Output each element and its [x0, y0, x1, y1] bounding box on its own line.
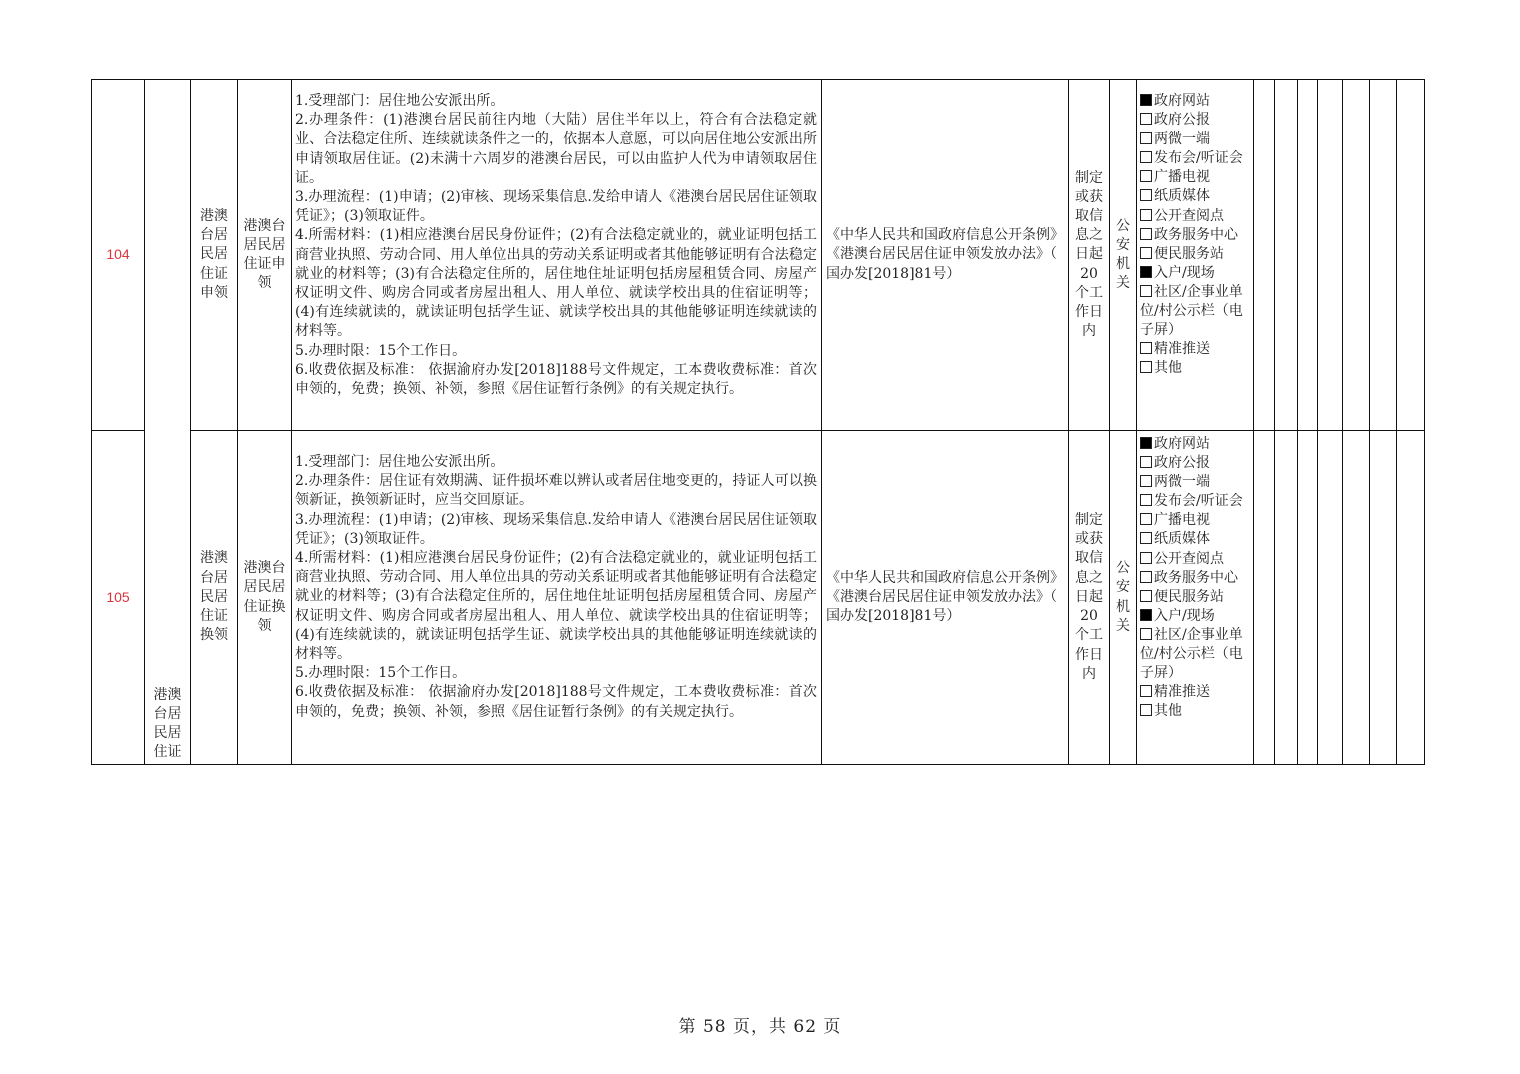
basis-text: 国办发[2018]81号） [826, 607, 1064, 626]
channel-option[interactable]: 政府公报 [1140, 111, 1251, 130]
content-cell: 1.受理部门：居住地公安派出所。 2.办理条件：居住证有效期满、证件损坏难以辨认… [292, 431, 822, 765]
unchecked-box-icon[interactable] [1140, 475, 1152, 487]
content-line: 4.所需材料：(1)相应港澳台居民身份证件；(2)有合法稳定就业的，就业证明包括… [295, 226, 817, 341]
group-label: 港澳台居民居住证 [152, 686, 184, 764]
subject-cell: 公安机关 [1110, 431, 1137, 765]
channel-option[interactable]: 广播电视 [1140, 511, 1251, 530]
channel-option[interactable]: 公开查阅点 [1140, 550, 1251, 569]
channel-label: 政务服务中心 [1154, 227, 1238, 243]
subject-cell: 公安机关 [1110, 80, 1137, 431]
channel-option[interactable]: 便民服务站 [1140, 588, 1251, 607]
time-limit: 制定或获取信息之日起20个工作日内 [1074, 169, 1104, 342]
subject: 公安机关 [1115, 217, 1131, 294]
channel-option[interactable]: 政府网站 [1140, 92, 1251, 111]
channel-option[interactable]: 社区/企事业单位/村公示栏（电子屏） [1140, 283, 1251, 340]
subitem-cell: 港澳台居民居住证换领 [238, 431, 292, 765]
unchecked-box-icon[interactable] [1140, 628, 1152, 640]
channel-label: 便民服务站 [1154, 246, 1224, 262]
channel-label: 纸质媒体 [1154, 188, 1210, 204]
content-line: 3.办理流程：(1)申请；(2)审核、现场采集信息.发给申请人《港澳台居民居住证… [295, 511, 817, 549]
channel-label: 精准推送 [1154, 341, 1210, 357]
basis-cell: 《中华人民共和国政府信息公开条例》《港澳台居民居住证申领发放办法》（ 国办发[2… [822, 431, 1069, 765]
channel-option[interactable]: 政务服务中心 [1140, 226, 1251, 245]
unchecked-box-icon[interactable] [1140, 151, 1152, 163]
channel-option[interactable]: 公开查阅点 [1140, 207, 1251, 226]
item-cell: 港澳台居民居住证申领 [191, 80, 238, 431]
row-number: 105 [92, 431, 145, 765]
unchecked-box-icon[interactable] [1140, 552, 1152, 564]
content-line: 6.收费依据及标准： 依据渝府办发[2018]188号文件规定，工本费收费标准：… [295, 683, 817, 721]
checked-box-icon[interactable] [1140, 437, 1152, 449]
time-limit-cell: 制定或获取信息之日起20个工作日内 [1069, 80, 1110, 431]
channel-label: 社区/企事业单位/村公示栏（电子屏） [1140, 627, 1243, 681]
unchecked-box-icon[interactable] [1140, 571, 1152, 583]
channel-option[interactable]: 政府公报 [1140, 454, 1251, 473]
unchecked-box-icon[interactable] [1140, 228, 1152, 240]
content-line: 5.办理时限：15个工作日。 [295, 664, 817, 683]
time-limit-cell: 制定或获取信息之日起20个工作日内 [1069, 431, 1110, 765]
channel-label: 纸质媒体 [1154, 531, 1210, 547]
channel-label: 入户/现场 [1154, 608, 1215, 624]
channel-label: 两微一端 [1154, 474, 1210, 490]
content-line: 6.收费依据及标准： 依据渝府办发[2018]188号文件规定，工本费收费标准：… [295, 361, 817, 399]
channel-option[interactable]: 社区/企事业单位/村公示栏（电子屏） [1140, 626, 1251, 683]
unchecked-box-icon[interactable] [1140, 247, 1152, 259]
channels-cell: 政府网站政府公报两微一端发布会/听证会广播电视纸质媒体公开查阅点政务服务中心便民… [1137, 80, 1254, 431]
channel-option[interactable]: 两微一端 [1140, 473, 1251, 492]
basis-text: 《中华人民共和国政府信息公开条例》《港澳台居民居住证申领发放办法》（ [826, 569, 1064, 607]
basis-text: 《中华人民共和国政府信息公开条例》《港澳台居民居住证申领发放办法》（ [826, 226, 1064, 264]
time-limit: 制定或获取信息之日起20个工作日内 [1074, 511, 1104, 684]
channel-option[interactable]: 便民服务站 [1140, 245, 1251, 264]
channel-label: 公开查阅点 [1154, 208, 1224, 224]
channel-label: 政府公报 [1154, 112, 1210, 128]
group-cell: 港澳台居民居住证 [145, 80, 191, 765]
channel-label: 两微一端 [1154, 131, 1210, 147]
checked-box-icon[interactable] [1140, 609, 1152, 621]
content-line: 5.办理时限：15个工作日。 [295, 342, 817, 361]
channel-label: 广播电视 [1154, 169, 1210, 185]
subitem-label: 港澳台居民居住证申领 [242, 217, 288, 294]
channel-option[interactable]: 入户/现场 [1140, 264, 1251, 283]
channel-label: 政府网站 [1154, 436, 1210, 452]
unchecked-box-icon[interactable] [1140, 170, 1152, 182]
subject: 公安机关 [1115, 559, 1131, 636]
row-number: 104 [92, 80, 145, 431]
channel-label: 其他 [1154, 703, 1182, 719]
table-row: 104 港澳台居民居住证 港澳台居民居住证申领 港澳台居民居住证申领 1.受理部… [92, 80, 1425, 431]
channel-label: 政务服务中心 [1154, 570, 1238, 586]
unchecked-box-icon[interactable] [1140, 456, 1152, 468]
channel-option[interactable]: 精准推送 [1140, 340, 1251, 359]
channel-label: 入户/现场 [1154, 265, 1215, 281]
channel-label: 广播电视 [1154, 512, 1210, 528]
channel-option[interactable]: 广播电视 [1140, 168, 1251, 187]
unchecked-box-icon[interactable] [1140, 189, 1152, 201]
channel-option[interactable]: 其他 [1140, 702, 1251, 721]
channel-label: 政府网站 [1154, 93, 1210, 109]
content-line: 2.办理条件：(1)港澳台居民前往内地（大陆）居住半年以上，符合有合法稳定就业、… [295, 111, 817, 188]
unchecked-box-icon[interactable] [1140, 704, 1152, 716]
item-cell: 港澳台居民居住证换领 [191, 431, 238, 765]
channel-option[interactable]: 精准推送 [1140, 683, 1251, 702]
item-label: 港澳台居民居住证换领 [199, 549, 229, 645]
checked-box-icon[interactable] [1140, 94, 1152, 106]
channel-label: 政府公报 [1154, 455, 1210, 471]
channel-option[interactable]: 纸质媒体 [1140, 530, 1251, 549]
content-line: 4.所需材料：(1)相应港澳台居民身份证件；(2)有合法稳定就业的，就业证明包括… [295, 549, 817, 664]
unchecked-box-icon[interactable] [1140, 494, 1152, 506]
channel-option[interactable]: 入户/现场 [1140, 607, 1251, 626]
table-row: 105 港澳台居民居住证换领 港澳台居民居住证换领 1.受理部门：居住地公安派出… [92, 431, 1425, 765]
channel-option[interactable]: 政务服务中心 [1140, 569, 1251, 588]
disclosure-table: 104 港澳台居民居住证 港澳台居民居住证申领 港澳台居民居住证申领 1.受理部… [91, 79, 1425, 765]
channel-label: 发布会/听证会 [1154, 150, 1243, 166]
channel-label: 公开查阅点 [1154, 551, 1224, 567]
unchecked-box-icon[interactable] [1140, 532, 1152, 544]
content-line: 3.办理流程：(1)申请；(2)审核、现场采集信息.发给申请人《港澳台居民居住证… [295, 188, 817, 226]
channel-option[interactable]: 政府网站 [1140, 435, 1251, 454]
channel-label: 精准推送 [1154, 684, 1210, 700]
page-footer: 第 58 页，共 62 页 [0, 1012, 1520, 1037]
basis-text: 国办发[2018]81号） [826, 265, 1064, 284]
item-label: 港澳台居民居住证申领 [199, 207, 229, 303]
checked-box-icon[interactable] [1140, 266, 1152, 278]
subitem-cell: 港澳台居民居住证申领 [238, 80, 292, 431]
channel-label: 便民服务站 [1154, 589, 1224, 605]
unchecked-box-icon[interactable] [1140, 113, 1152, 125]
unchecked-box-icon[interactable] [1140, 685, 1152, 697]
channels-cell: 政府网站政府公报两微一端发布会/听证会广播电视纸质媒体公开查阅点政务服务中心便民… [1137, 431, 1254, 765]
content-line: 1.受理部门：居住地公安派出所。 [295, 92, 817, 111]
channel-option[interactable]: 纸质媒体 [1140, 187, 1251, 206]
channel-label: 社区/企事业单位/村公示栏（电子屏） [1140, 284, 1243, 338]
unchecked-box-icon[interactable] [1140, 513, 1152, 525]
content-cell: 1.受理部门：居住地公安派出所。 2.办理条件：(1)港澳台居民前往内地（大陆）… [292, 80, 822, 431]
subitem-label: 港澳台居民居住证换领 [242, 559, 288, 636]
content-line: 1.受理部门：居住地公安派出所。 [295, 453, 817, 472]
channel-label: 其他 [1154, 360, 1182, 376]
unchecked-box-icon[interactable] [1140, 209, 1152, 221]
channel-option[interactable]: 两微一端 [1140, 130, 1251, 149]
channel-label: 发布会/听证会 [1154, 493, 1243, 509]
channel-option[interactable]: 其他 [1140, 359, 1251, 378]
unchecked-box-icon[interactable] [1140, 132, 1152, 144]
channel-option[interactable]: 发布会/听证会 [1140, 149, 1251, 168]
unchecked-box-icon[interactable] [1140, 285, 1152, 297]
unchecked-box-icon[interactable] [1140, 342, 1152, 354]
basis-cell: 《中华人民共和国政府信息公开条例》《港澳台居民居住证申领发放办法》（ 国办发[2… [822, 80, 1069, 431]
unchecked-box-icon[interactable] [1140, 590, 1152, 602]
content-line: 2.办理条件：居住证有效期满、证件损坏难以辨认或者居住地变更的，持证人可以换领新… [295, 472, 817, 510]
unchecked-box-icon[interactable] [1140, 361, 1152, 373]
channel-option[interactable]: 发布会/听证会 [1140, 492, 1251, 511]
